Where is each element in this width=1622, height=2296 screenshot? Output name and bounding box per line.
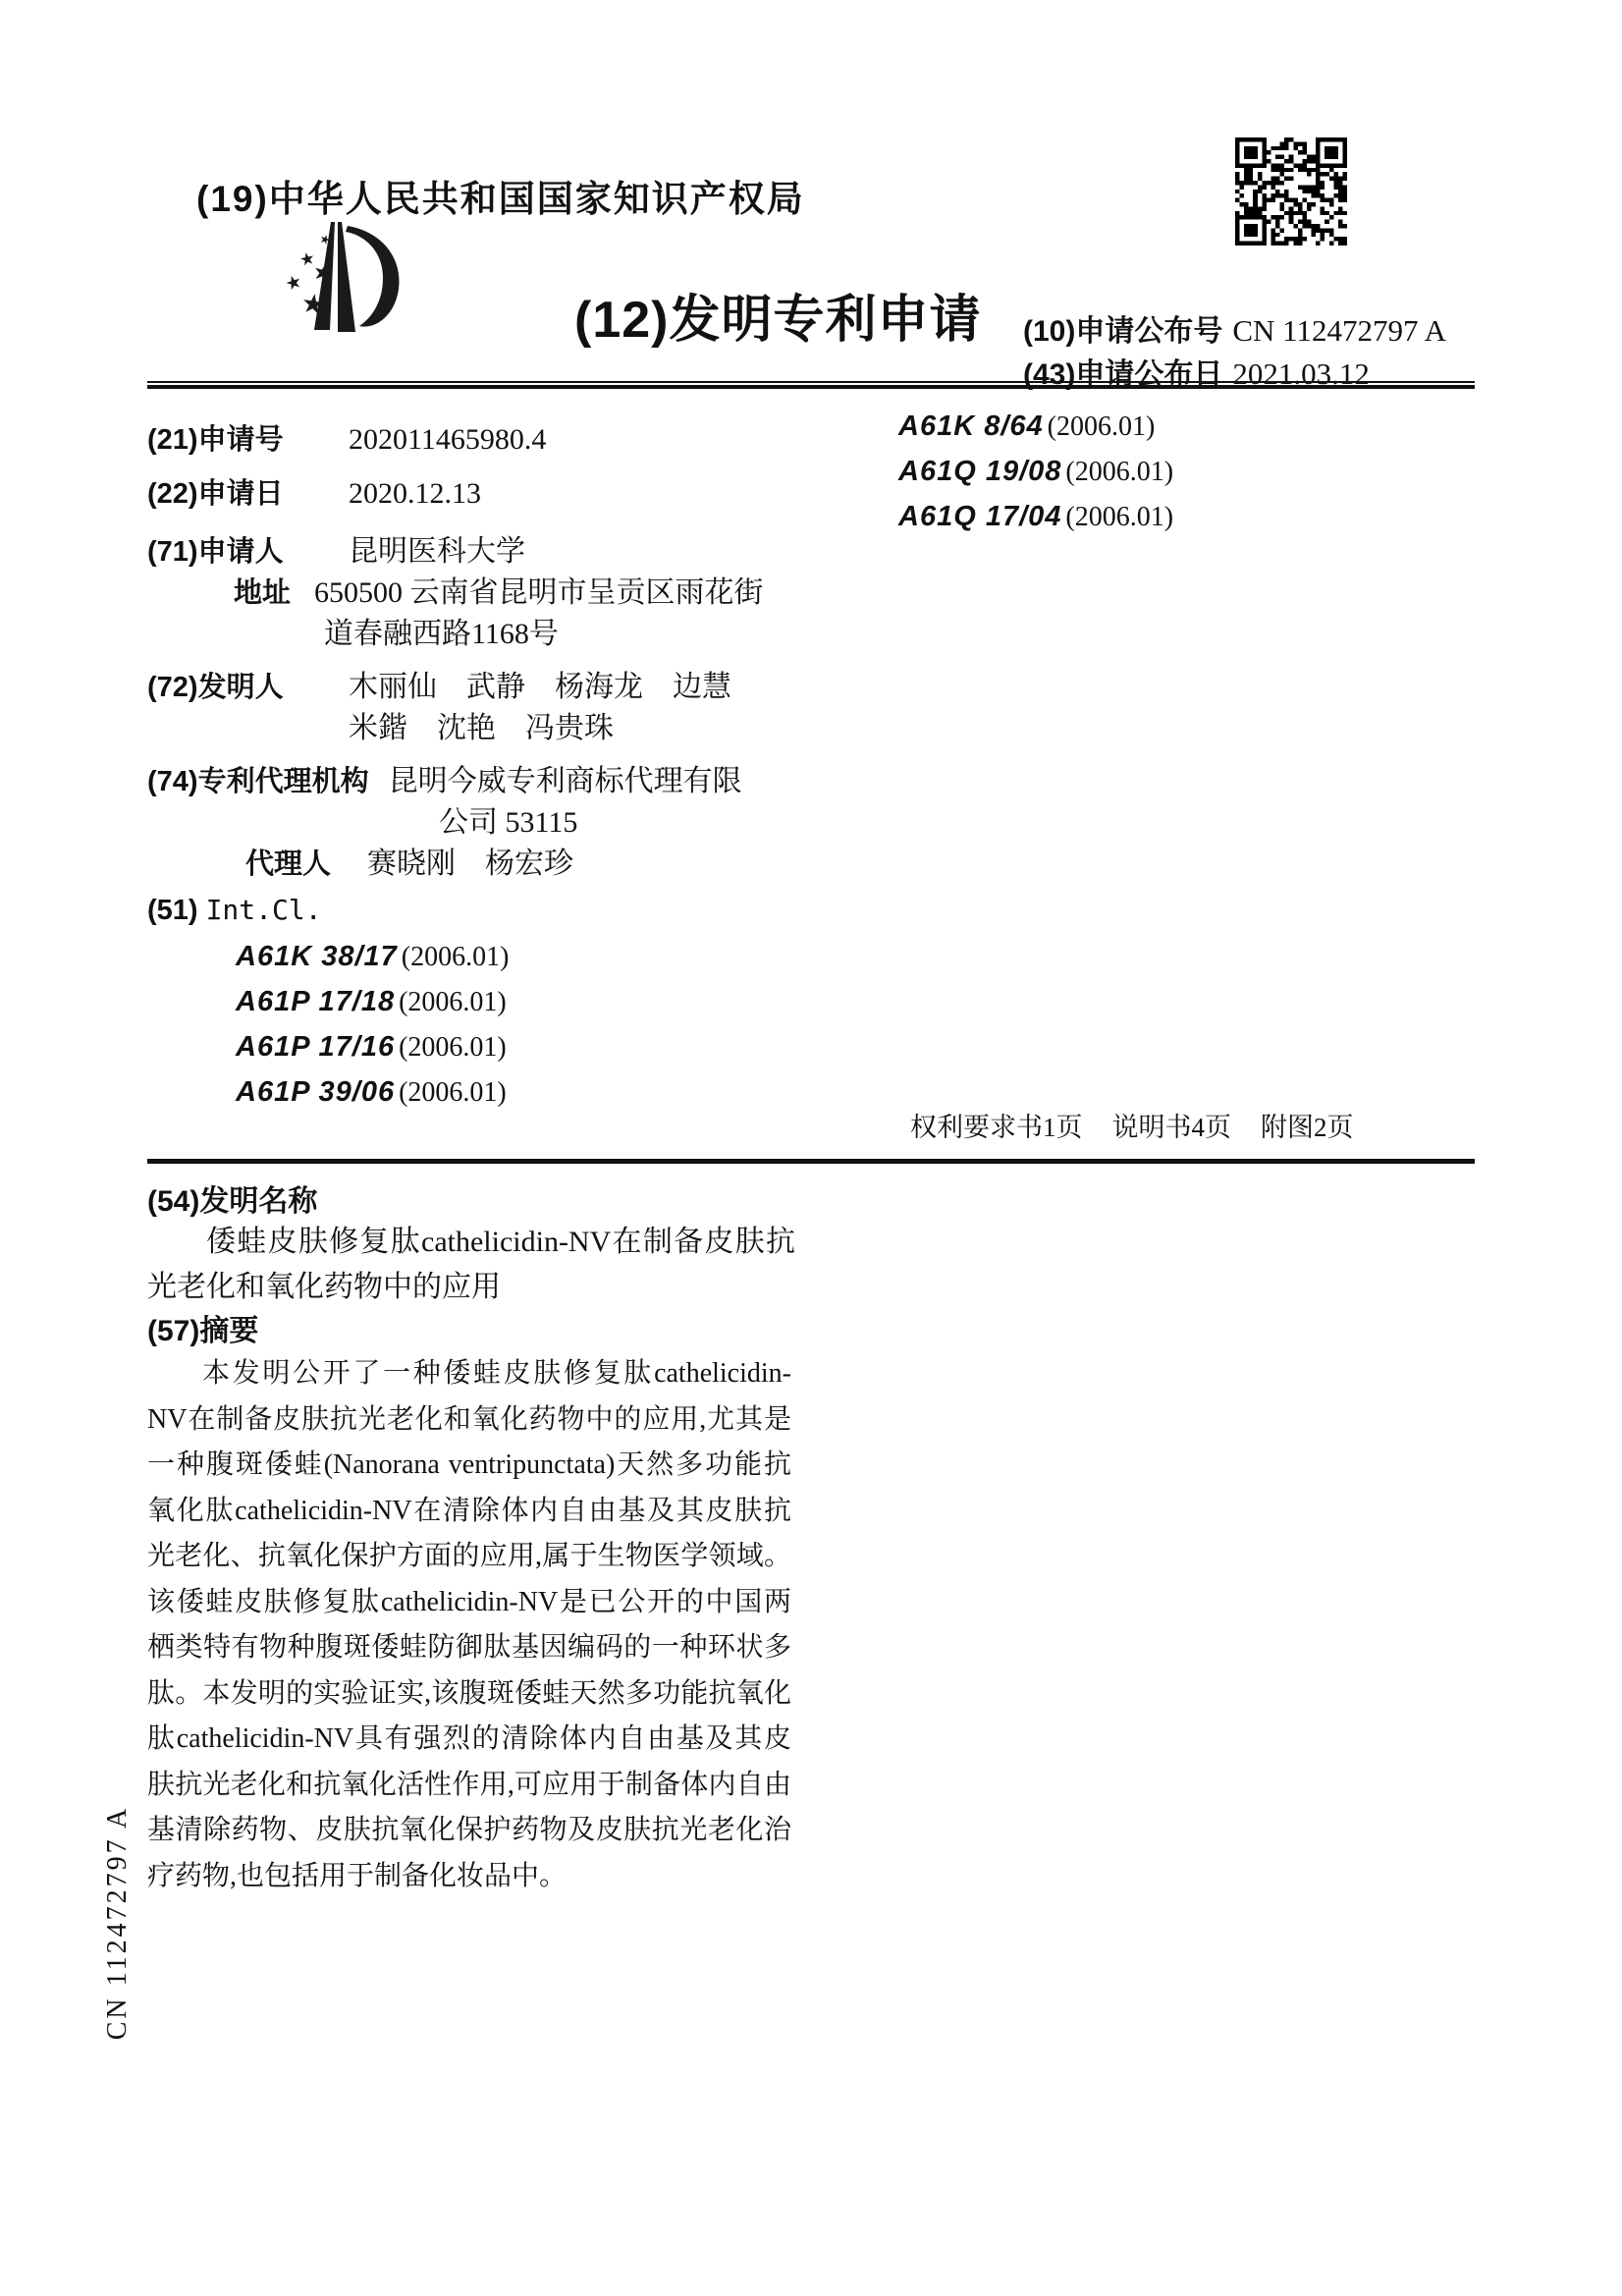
cnipa-logo xyxy=(273,220,412,342)
qr-code-image xyxy=(1235,137,1347,246)
applicant-label: (71)申请人 xyxy=(147,529,349,570)
figures-pages: 附图2页 xyxy=(1261,1113,1354,1142)
agency-line2: 公司 53115 xyxy=(439,806,577,839)
ipc-version: (2006.01) xyxy=(399,1032,507,1063)
ipc-code-row: A61Q 17/04(2006.01) xyxy=(898,501,1173,533)
application-date-label: (22)申请日 xyxy=(147,471,349,512)
ipc-version: (2006.01) xyxy=(399,987,507,1017)
applicant-value: 昆明医科大学 xyxy=(349,535,525,568)
ipc-code-row: A61K 38/17(2006.01) xyxy=(236,941,509,973)
ipc-version: (2006.01) xyxy=(402,942,510,972)
ipc-code: A61P 39/06 xyxy=(236,1076,395,1108)
ipc-code-row: A61P 17/18(2006.01) xyxy=(236,986,507,1018)
application-number-value: 202011465980.4 xyxy=(349,423,546,456)
application-date-row: (22)申请日2020.12.13 xyxy=(147,471,481,512)
ipc-code: A61Q 19/08 xyxy=(898,456,1061,487)
page-counts-line: 权利要求书1页说明书4页附图2页 xyxy=(910,1106,1354,1144)
header-divider xyxy=(147,381,1475,389)
abstract-label: (57)摘要 xyxy=(147,1306,258,1349)
applicant-address-row2: 道春融西路1168号 xyxy=(147,609,559,652)
ipc-code: A61P 17/18 xyxy=(236,986,395,1017)
agent-names: 赛晓刚 杨宏珍 xyxy=(367,847,573,880)
address-line1: 650500 云南省昆明市呈贡区雨花街 xyxy=(314,576,764,609)
intcl-name: Int.Cl. xyxy=(206,894,322,926)
ipc-version: (2006.01) xyxy=(399,1077,507,1108)
inventors-line1: 木丽仙 武静 杨海龙 边慧 xyxy=(349,671,731,703)
applicant-address-row: 地址650500 云南省昆明市呈贡区雨花街 xyxy=(147,568,764,611)
abstract-text: 本发明公开了一种倭蛙皮肤修复肽cathelicidin-NV在制备皮肤抗光老化和… xyxy=(147,1351,791,1899)
intcl-row: (51)Int.Cl. xyxy=(147,894,322,927)
ipc-code: A61P 17/16 xyxy=(236,1031,395,1063)
ipc-code-row: A61P 39/06(2006.01) xyxy=(236,1076,507,1109)
ipc-code: A61Q 17/04 xyxy=(898,501,1061,532)
office-name: (19)中华人民共和国国家知识产权局 xyxy=(196,169,805,222)
application-number-label: (21)申请号 xyxy=(147,417,349,458)
agency-row: (74)专利代理机构昆明今威专利商标代理有限 xyxy=(147,756,742,799)
inventors-row2: 米鍇 沈艳 冯贵珠 xyxy=(147,703,614,746)
agency-label: (74)专利代理机构 xyxy=(147,759,369,799)
side-publication-code: CN 112472797 A xyxy=(102,1806,134,2041)
agent-label: 代理人 xyxy=(245,842,351,882)
agent-row: 代理人赛晓刚 杨宏珍 xyxy=(147,839,573,882)
invention-title: 倭蛙皮肤修复肽cathelicidin-NV在制备皮肤抗光老化和氧化药物中的应用 xyxy=(147,1220,795,1310)
document-type-title: (12)发明专利申请 xyxy=(574,278,981,352)
ipc-code-row: A61K 8/64(2006.01) xyxy=(898,410,1155,443)
section-divider xyxy=(147,1159,1475,1164)
address-label: 地址 xyxy=(234,571,291,611)
publication-number-line: (10)申请公布号CN 112472797 A xyxy=(1023,306,1446,350)
ipc-code-row: A61Q 19/08(2006.01) xyxy=(898,456,1173,488)
inventors-line2: 米鍇 沈艳 冯贵珠 xyxy=(349,712,614,744)
invention-title-label: (54)发明名称 xyxy=(147,1176,317,1220)
publication-number-value: CN 112472797 A xyxy=(1232,313,1446,348)
intcl-prefix: (51) xyxy=(147,895,198,927)
application-number-row: (21)申请号202011465980.4 xyxy=(147,417,546,458)
ipc-version: (2006.01) xyxy=(1065,457,1173,487)
publication-number-label: (10)申请公布号 xyxy=(1023,315,1222,348)
applicant-row: (71)申请人昆明医科大学 xyxy=(147,526,525,570)
ipc-code: A61K 38/17 xyxy=(236,941,398,972)
ipc-code-row: A61P 17/16(2006.01) xyxy=(236,1031,507,1064)
agency-line1: 昆明今威专利商标代理有限 xyxy=(389,765,742,797)
description-pages: 说明书4页 xyxy=(1112,1113,1232,1142)
address-line2: 道春融西路1168号 xyxy=(324,618,559,650)
claims-pages: 权利要求书1页 xyxy=(910,1113,1083,1142)
application-date-value: 2020.12.13 xyxy=(349,477,481,510)
inventors-label: (72)发明人 xyxy=(147,665,349,705)
ipc-code: A61K 8/64 xyxy=(898,410,1044,442)
agency-row2: 公司 53115 xyxy=(147,797,577,841)
ipc-version: (2006.01) xyxy=(1065,502,1173,532)
ipc-version: (2006.01) xyxy=(1048,411,1156,442)
inventors-row: (72)发明人木丽仙 武静 杨海龙 边慧 xyxy=(147,662,731,705)
